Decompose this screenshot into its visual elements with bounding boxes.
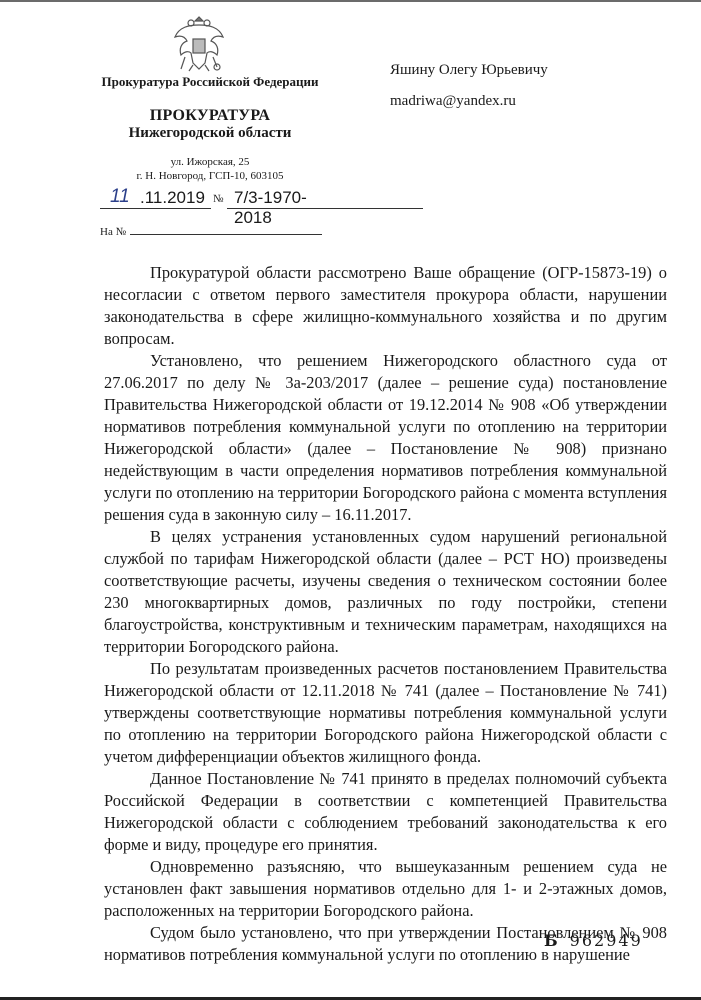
number-underline [227,208,423,209]
body-paragraph: В целях устранения установленных судом н… [104,526,667,658]
federation-prosecutor-heading: Прокуратура Российской Федерации [80,74,340,90]
date-underline [100,208,211,209]
body-paragraph: Одновременно разъясняю, что вышеуказанны… [104,856,667,922]
body-paragraph: Установлено, что решением Нижегородского… [104,350,667,526]
body-paragraph: Прокуратурой области рассмотрено Ваше об… [104,262,667,350]
reply-to-label: На № [100,226,126,238]
letter-body: Прокуратурой области рассмотрено Ваше об… [104,262,667,966]
serial-digits: 962949 [570,931,643,950]
russian-coat-of-arms-icon [171,13,227,75]
prosecutor-office-title: ПРОКУРАТУРА [80,107,340,125]
prosecutor-office-region: Нижегородской области [80,125,340,142]
addressee-name: Яшину Олегу Юрьевичу [390,62,548,79]
office-address-street: ул. Ижорская, 25 [80,156,340,168]
outgoing-date-number-row: 11 .11.2019 № 7/3-1970-2018 [100,186,330,210]
reply-to-underline [130,234,322,235]
office-address-city: г. Н. Новгород, ГСП-10, 603105 [80,170,340,182]
body-paragraph: По результатам произведенных расчетов по… [104,658,667,768]
handwritten-day: 11 [110,186,130,208]
addressee-email: madriwa@yandex.ru [390,93,516,110]
form-serial-number: Б962949 [544,931,643,950]
number-sign: № [213,193,224,205]
scan-border-top [0,0,701,2]
reply-to-row: На № [100,222,330,240]
serial-letter: Б [544,931,560,950]
outgoing-date: .11.2019 [140,188,205,208]
body-paragraph: Данное Постановление № 741 принято в пре… [104,768,667,856]
